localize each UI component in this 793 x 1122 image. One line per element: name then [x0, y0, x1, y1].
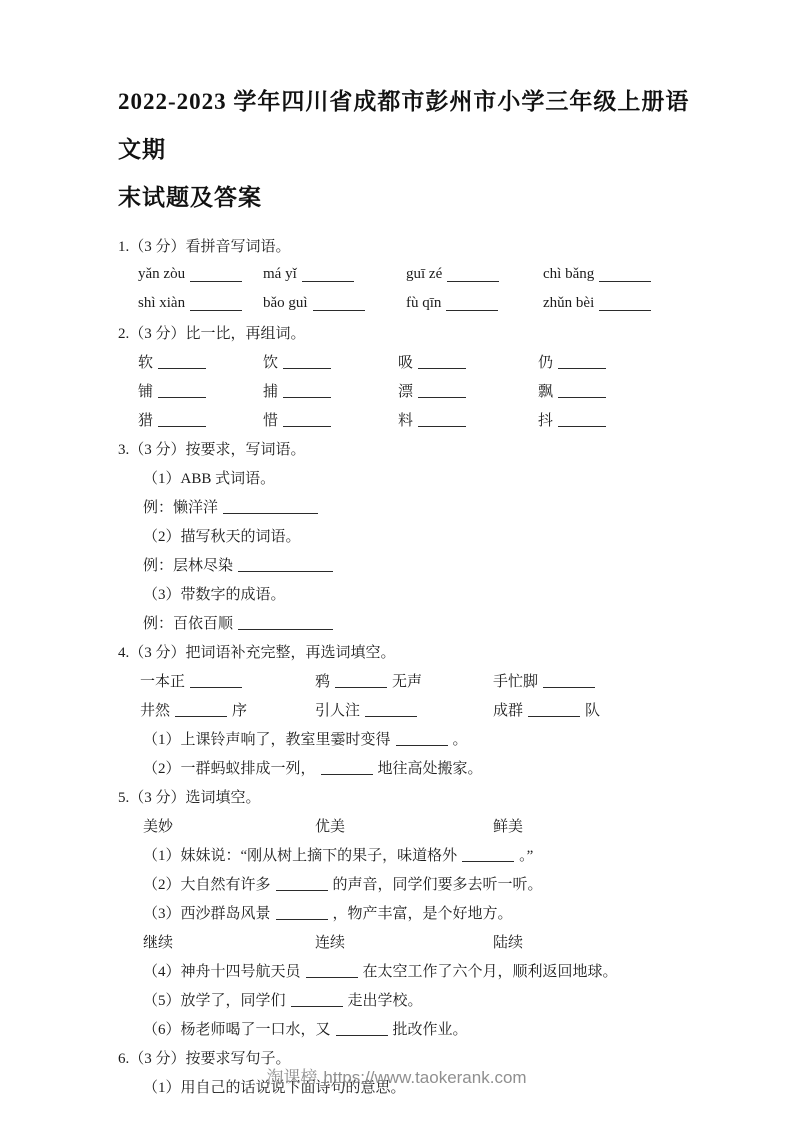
text-segment: （2）一群蚂蚁排成一列， — [143, 757, 316, 778]
answer-blank — [190, 674, 242, 688]
fill-in-cell: 鸦无声 — [315, 670, 493, 691]
answer-blank — [447, 268, 499, 282]
fill-in-row: 猎惜料抖 — [118, 405, 697, 434]
fill-in-cell: yǎn zòu — [138, 266, 263, 283]
text-segment: 捕 — [263, 380, 278, 401]
answer-blank — [223, 500, 318, 514]
text-segment: guī zé — [406, 266, 442, 283]
text-segment: 抖 — [538, 409, 553, 430]
question-line: （1）上课铃声响了，教室里霎时变得。 — [118, 724, 697, 753]
text-segment: 。” — [519, 844, 533, 865]
text-segment: 例：百依百顺 — [143, 612, 233, 633]
question-line: （3）西沙群岛风景，物产丰富，是个好地方。 — [118, 898, 697, 927]
answer-blank — [190, 268, 242, 282]
answer-blank — [302, 268, 354, 282]
text-segment: 引人注 — [315, 699, 360, 720]
question-4: 4.（3 分）把词语补充完整，再选词填空。一本正鸦无声手忙脚井然序引人注成群队（… — [118, 637, 697, 782]
text-segment: （6）杨老师喝了一口水，又 — [143, 1018, 331, 1039]
answer-blank — [283, 384, 331, 398]
question-line: （3）带数字的成语。 — [118, 579, 697, 608]
fill-in-row: shì xiànbǎo guìfù qīnzhǔn bèi — [118, 289, 697, 318]
text-segment: 惜 — [263, 409, 278, 430]
text-segment: 地往高处搬家。 — [378, 757, 483, 778]
text-segment: 批改作业。 — [393, 1018, 468, 1039]
fill-in-row: 一本正鸦无声手忙脚 — [118, 666, 697, 695]
text-segment: 鸦 — [315, 670, 330, 691]
text-segment: zhǔn bèi — [543, 295, 594, 312]
text-segment: 的声音，同学们要多去听一听。 — [333, 873, 543, 894]
text-segment: 一本正 — [140, 670, 185, 691]
answer-blank — [462, 848, 514, 862]
fill-in-cell: 鲜美 — [493, 815, 697, 836]
fill-in-cell: shì xiàn — [138, 295, 263, 312]
fill-in-cell: 抖 — [538, 409, 697, 430]
fill-in-cell: 连续 — [315, 931, 493, 952]
text-segment: 在太空工作了六个月，顺利返回地球。 — [363, 960, 618, 981]
page-title: 2022-2023 学年四川省成都市彭州市小学三年级上册语文期 末试题及答案 — [118, 78, 697, 222]
fill-in-cell: fù qīn — [406, 295, 543, 312]
question-line: （1）ABB 式词语。 — [118, 463, 697, 492]
question-line: （4）神舟十四号航天员在太空工作了六个月，顺利返回地球。 — [118, 956, 697, 985]
text-segment: 继续 — [143, 931, 173, 952]
fill-in-cell: bǎo guì — [263, 295, 406, 312]
text-segment: 序 — [232, 699, 247, 720]
question-line: （2）一群蚂蚁排成一列，地往高处搬家。 — [118, 753, 697, 782]
text-segment: chì bǎng — [543, 266, 594, 283]
text-segment: 美妙 — [143, 815, 173, 836]
text-segment: （2）描写秋天的词语。 — [143, 525, 301, 546]
question-line: 例：懒洋洋 — [118, 492, 697, 521]
text-segment: （4）神舟十四号航天员 — [143, 960, 301, 981]
text-segment: 猎 — [138, 409, 153, 430]
text-segment: 。 — [453, 728, 468, 749]
text-segment: 仍 — [538, 351, 553, 372]
answer-blank — [599, 268, 651, 282]
fill-in-row: 软饮吸仍 — [118, 347, 697, 376]
fill-in-cell: 铺 — [138, 380, 263, 401]
fill-in-cell: guī zé — [406, 266, 543, 283]
text-segment: 走出学校。 — [348, 989, 423, 1010]
fill-in-row: yǎn zòumá yǐguī zéchì bǎng — [118, 260, 697, 289]
fill-in-cell: 一本正 — [140, 670, 315, 691]
text-segment: 吸 — [398, 351, 413, 372]
text-segment: 无声 — [392, 670, 422, 691]
footer-site-name: 淘课榜 — [266, 1068, 317, 1087]
answer-blank — [396, 732, 448, 746]
text-segment: （5）放学了，同学们 — [143, 989, 286, 1010]
fill-in-cell: 吸 — [398, 351, 538, 372]
fill-in-row: 继续连续陆续 — [118, 927, 697, 956]
text-segment: 飘 — [538, 380, 553, 401]
answer-blank — [599, 297, 651, 311]
answer-blank — [313, 297, 365, 311]
text-segment: 5.（3 分）选词填空。 — [118, 786, 261, 807]
text-segment: （2）大自然有许多 — [143, 873, 271, 894]
answer-blank — [283, 355, 331, 369]
answer-blank — [291, 993, 343, 1007]
text-segment: ，物产丰富，是个好地方。 — [333, 902, 513, 923]
answer-blank — [543, 674, 595, 688]
answer-blank — [238, 616, 333, 630]
question-header: 1.（3 分）看拼音写词语。 — [118, 231, 697, 260]
fill-in-cell: 漂 — [398, 380, 538, 401]
text-segment: 鲜美 — [493, 815, 523, 836]
text-segment: 3.（3 分）按要求，写词语。 — [118, 438, 306, 459]
fill-in-cell: má yǐ — [263, 266, 406, 283]
text-segment: 陆续 — [493, 931, 523, 952]
question-5: 5.（3 分）选词填空。美妙优美鲜美（1）妹妹说：“刚从树上摘下的果子，味道格外… — [118, 782, 697, 1043]
text-segment: yǎn zòu — [138, 266, 185, 283]
fill-in-cell: chì bǎng — [543, 266, 697, 283]
text-segment: （3）西沙群岛风景 — [143, 902, 271, 923]
answer-blank — [558, 384, 606, 398]
answer-blank — [335, 674, 387, 688]
answer-blank — [558, 355, 606, 369]
question-line: （5）放学了，同学们走出学校。 — [118, 985, 697, 1014]
fill-in-cell: 陆续 — [493, 931, 697, 952]
fill-in-cell: 软 — [138, 351, 263, 372]
text-segment: （1）妹妹说：“刚从树上摘下的果子，味道格外 — [143, 844, 457, 865]
fill-in-cell: 美妙 — [143, 815, 315, 836]
text-segment: （1）上课铃声响了，教室里霎时变得 — [143, 728, 391, 749]
question-line: （1）妹妹说：“刚从树上摘下的果子，味道格外。” — [118, 840, 697, 869]
question-line: 例：层林尽染 — [118, 550, 697, 579]
text-segment: shì xiàn — [138, 295, 185, 312]
text-segment: 软 — [138, 351, 153, 372]
question-header: 4.（3 分）把词语补充完整，再选词填空。 — [118, 637, 697, 666]
answer-blank — [418, 355, 466, 369]
text-segment: 队 — [585, 699, 600, 720]
answer-blank — [418, 384, 466, 398]
text-segment: 手忙脚 — [493, 670, 538, 691]
answer-blank — [276, 906, 328, 920]
text-segment: 4.（3 分）把词语补充完整，再选词填空。 — [118, 641, 396, 662]
text-segment: 饮 — [263, 351, 278, 372]
fill-in-cell: 引人注 — [315, 699, 493, 720]
fill-in-cell: 料 — [398, 409, 538, 430]
answer-blank — [276, 877, 328, 891]
page-title-line-2: 末试题及答案 — [118, 174, 697, 222]
answer-blank — [365, 703, 417, 717]
answer-blank — [418, 413, 466, 427]
answer-blank — [158, 413, 206, 427]
fill-in-cell: zhǔn bèi — [543, 295, 697, 312]
text-segment: 优美 — [315, 815, 345, 836]
text-segment: 井然 — [140, 699, 170, 720]
answer-blank — [190, 297, 242, 311]
answer-blank — [158, 384, 206, 398]
fill-in-cell: 成群队 — [493, 699, 697, 720]
question-line: （2）大自然有许多的声音，同学们要多去听一听。 — [118, 869, 697, 898]
text-segment: 铺 — [138, 380, 153, 401]
answer-blank — [238, 558, 333, 572]
page-title-line-1: 2022-2023 学年四川省成都市彭州市小学三年级上册语文期 — [118, 78, 697, 174]
answer-blank — [158, 355, 206, 369]
text-segment: （1）ABB 式词语。 — [143, 467, 275, 488]
fill-in-cell: 井然序 — [140, 699, 315, 720]
text-segment: 漂 — [398, 380, 413, 401]
answer-blank — [446, 297, 498, 311]
text-segment: 连续 — [315, 931, 345, 952]
text-segment: má yǐ — [263, 266, 297, 283]
footer: 淘课榜https://www.taokerank.com — [0, 1063, 793, 1088]
text-segment: fù qīn — [406, 295, 441, 312]
fill-in-cell: 饮 — [263, 351, 398, 372]
fill-in-cell: 优美 — [315, 815, 493, 836]
question-header: 3.（3 分）按要求，写词语。 — [118, 434, 697, 463]
text-segment: 料 — [398, 409, 413, 430]
fill-in-cell: 飘 — [538, 380, 697, 401]
fill-in-cell: 惜 — [263, 409, 398, 430]
answer-blank — [558, 413, 606, 427]
question-3: 3.（3 分）按要求，写词语。（1）ABB 式词语。例：懒洋洋（2）描写秋天的词… — [118, 434, 697, 637]
question-2: 2.（3 分）比一比，再组词。软饮吸仍铺捕漂飘猎惜料抖 — [118, 318, 697, 434]
answer-blank — [528, 703, 580, 717]
fill-in-cell: 捕 — [263, 380, 398, 401]
answer-blank — [321, 761, 373, 775]
question-line: （2）描写秋天的词语。 — [118, 521, 697, 550]
fill-in-row: 井然序引人注成群队 — [118, 695, 697, 724]
question-1: 1.（3 分）看拼音写词语。yǎn zòumá yǐguī zéchì bǎng… — [118, 231, 697, 318]
answer-blank — [175, 703, 227, 717]
questions-container: 1.（3 分）看拼音写词语。yǎn zòumá yǐguī zéchì bǎng… — [118, 231, 697, 1101]
question-header: 5.（3 分）选词填空。 — [118, 782, 697, 811]
fill-in-cell: 仍 — [538, 351, 697, 372]
question-line: （6）杨老师喝了一口水，又批改作业。 — [118, 1014, 697, 1043]
text-segment: 2.（3 分）比一比，再组词。 — [118, 322, 306, 343]
question-header: 2.（3 分）比一比，再组词。 — [118, 318, 697, 347]
answer-blank — [283, 413, 331, 427]
text-segment: （3）带数字的成语。 — [143, 583, 286, 604]
fill-in-cell: 手忙脚 — [493, 670, 697, 691]
text-segment: bǎo guì — [263, 295, 308, 312]
fill-in-cell: 猎 — [138, 409, 263, 430]
exam-paper-page: 2022-2023 学年四川省成都市彭州市小学三年级上册语文期 末试题及答案 1… — [0, 0, 793, 1101]
text-segment: 成群 — [493, 699, 523, 720]
footer-url-link[interactable]: https://www.taokerank.com — [323, 1068, 526, 1087]
answer-blank — [306, 964, 358, 978]
text-segment: 例：层林尽染 — [143, 554, 233, 575]
fill-in-row: 美妙优美鲜美 — [118, 811, 697, 840]
fill-in-row: 铺捕漂飘 — [118, 376, 697, 405]
text-segment: 1.（3 分）看拼音写词语。 — [118, 235, 291, 256]
text-segment: 例：懒洋洋 — [143, 496, 218, 517]
fill-in-cell: 继续 — [143, 931, 315, 952]
question-line: 例：百依百顺 — [118, 608, 697, 637]
answer-blank — [336, 1022, 388, 1036]
